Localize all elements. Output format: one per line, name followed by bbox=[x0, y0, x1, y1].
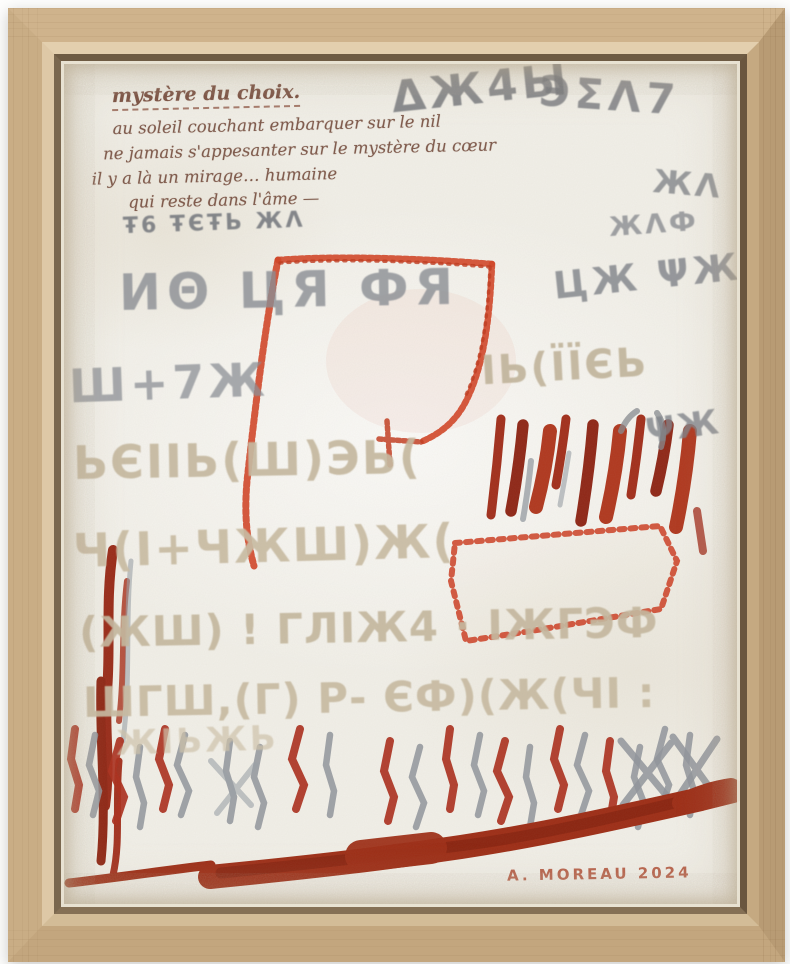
asemic-glyph-row: ЖΛФ bbox=[608, 206, 700, 243]
asemic-glyph-row: Ш+7Ж bbox=[68, 353, 269, 414]
frame-shadow-gap: mystère du choix. au soleil couchant emb… bbox=[54, 54, 747, 914]
asemic-glyph-row: ШГШ,(Г) Р- ЄФ)(Ж(ЧІ : bbox=[83, 668, 656, 727]
asemic-glyph-row: ЖІЬЖЬ bbox=[115, 718, 279, 764]
inscription-block: mystère du choix. au soleil couchant emb… bbox=[112, 73, 655, 216]
asemic-glyph-row: (ЖШ) ! ГЛІЖ4 · ІЖГЭФ bbox=[79, 598, 659, 657]
asemic-glyph-row: Ч(І+ЧЖШ)Ж( bbox=[72, 514, 456, 578]
painting-canvas: mystère du choix. au soleil couchant emb… bbox=[61, 61, 740, 907]
asemic-glyph-row: ИΘ ЦЯ ФЯ bbox=[119, 258, 460, 322]
asemic-glyph-row: ЖΛ bbox=[651, 162, 724, 206]
artist-signature: A. MOREAU 2024 bbox=[507, 863, 692, 884]
inscription-title: mystère du choix. bbox=[112, 81, 301, 111]
wood-frame: mystère du choix. au soleil couchant emb… bbox=[8, 8, 785, 962]
frame-inner-lip: mystère du choix. au soleil couchant emb… bbox=[42, 42, 759, 926]
framed-painting-photo: mystère du choix. au soleil couchant emb… bbox=[0, 0, 790, 964]
asemic-glyph-row: ЬЄІІЬ(Ш)ЭЬ( bbox=[73, 430, 423, 490]
asemic-glyph-row: ІЬ(ЇЇЄЬ bbox=[480, 340, 649, 395]
